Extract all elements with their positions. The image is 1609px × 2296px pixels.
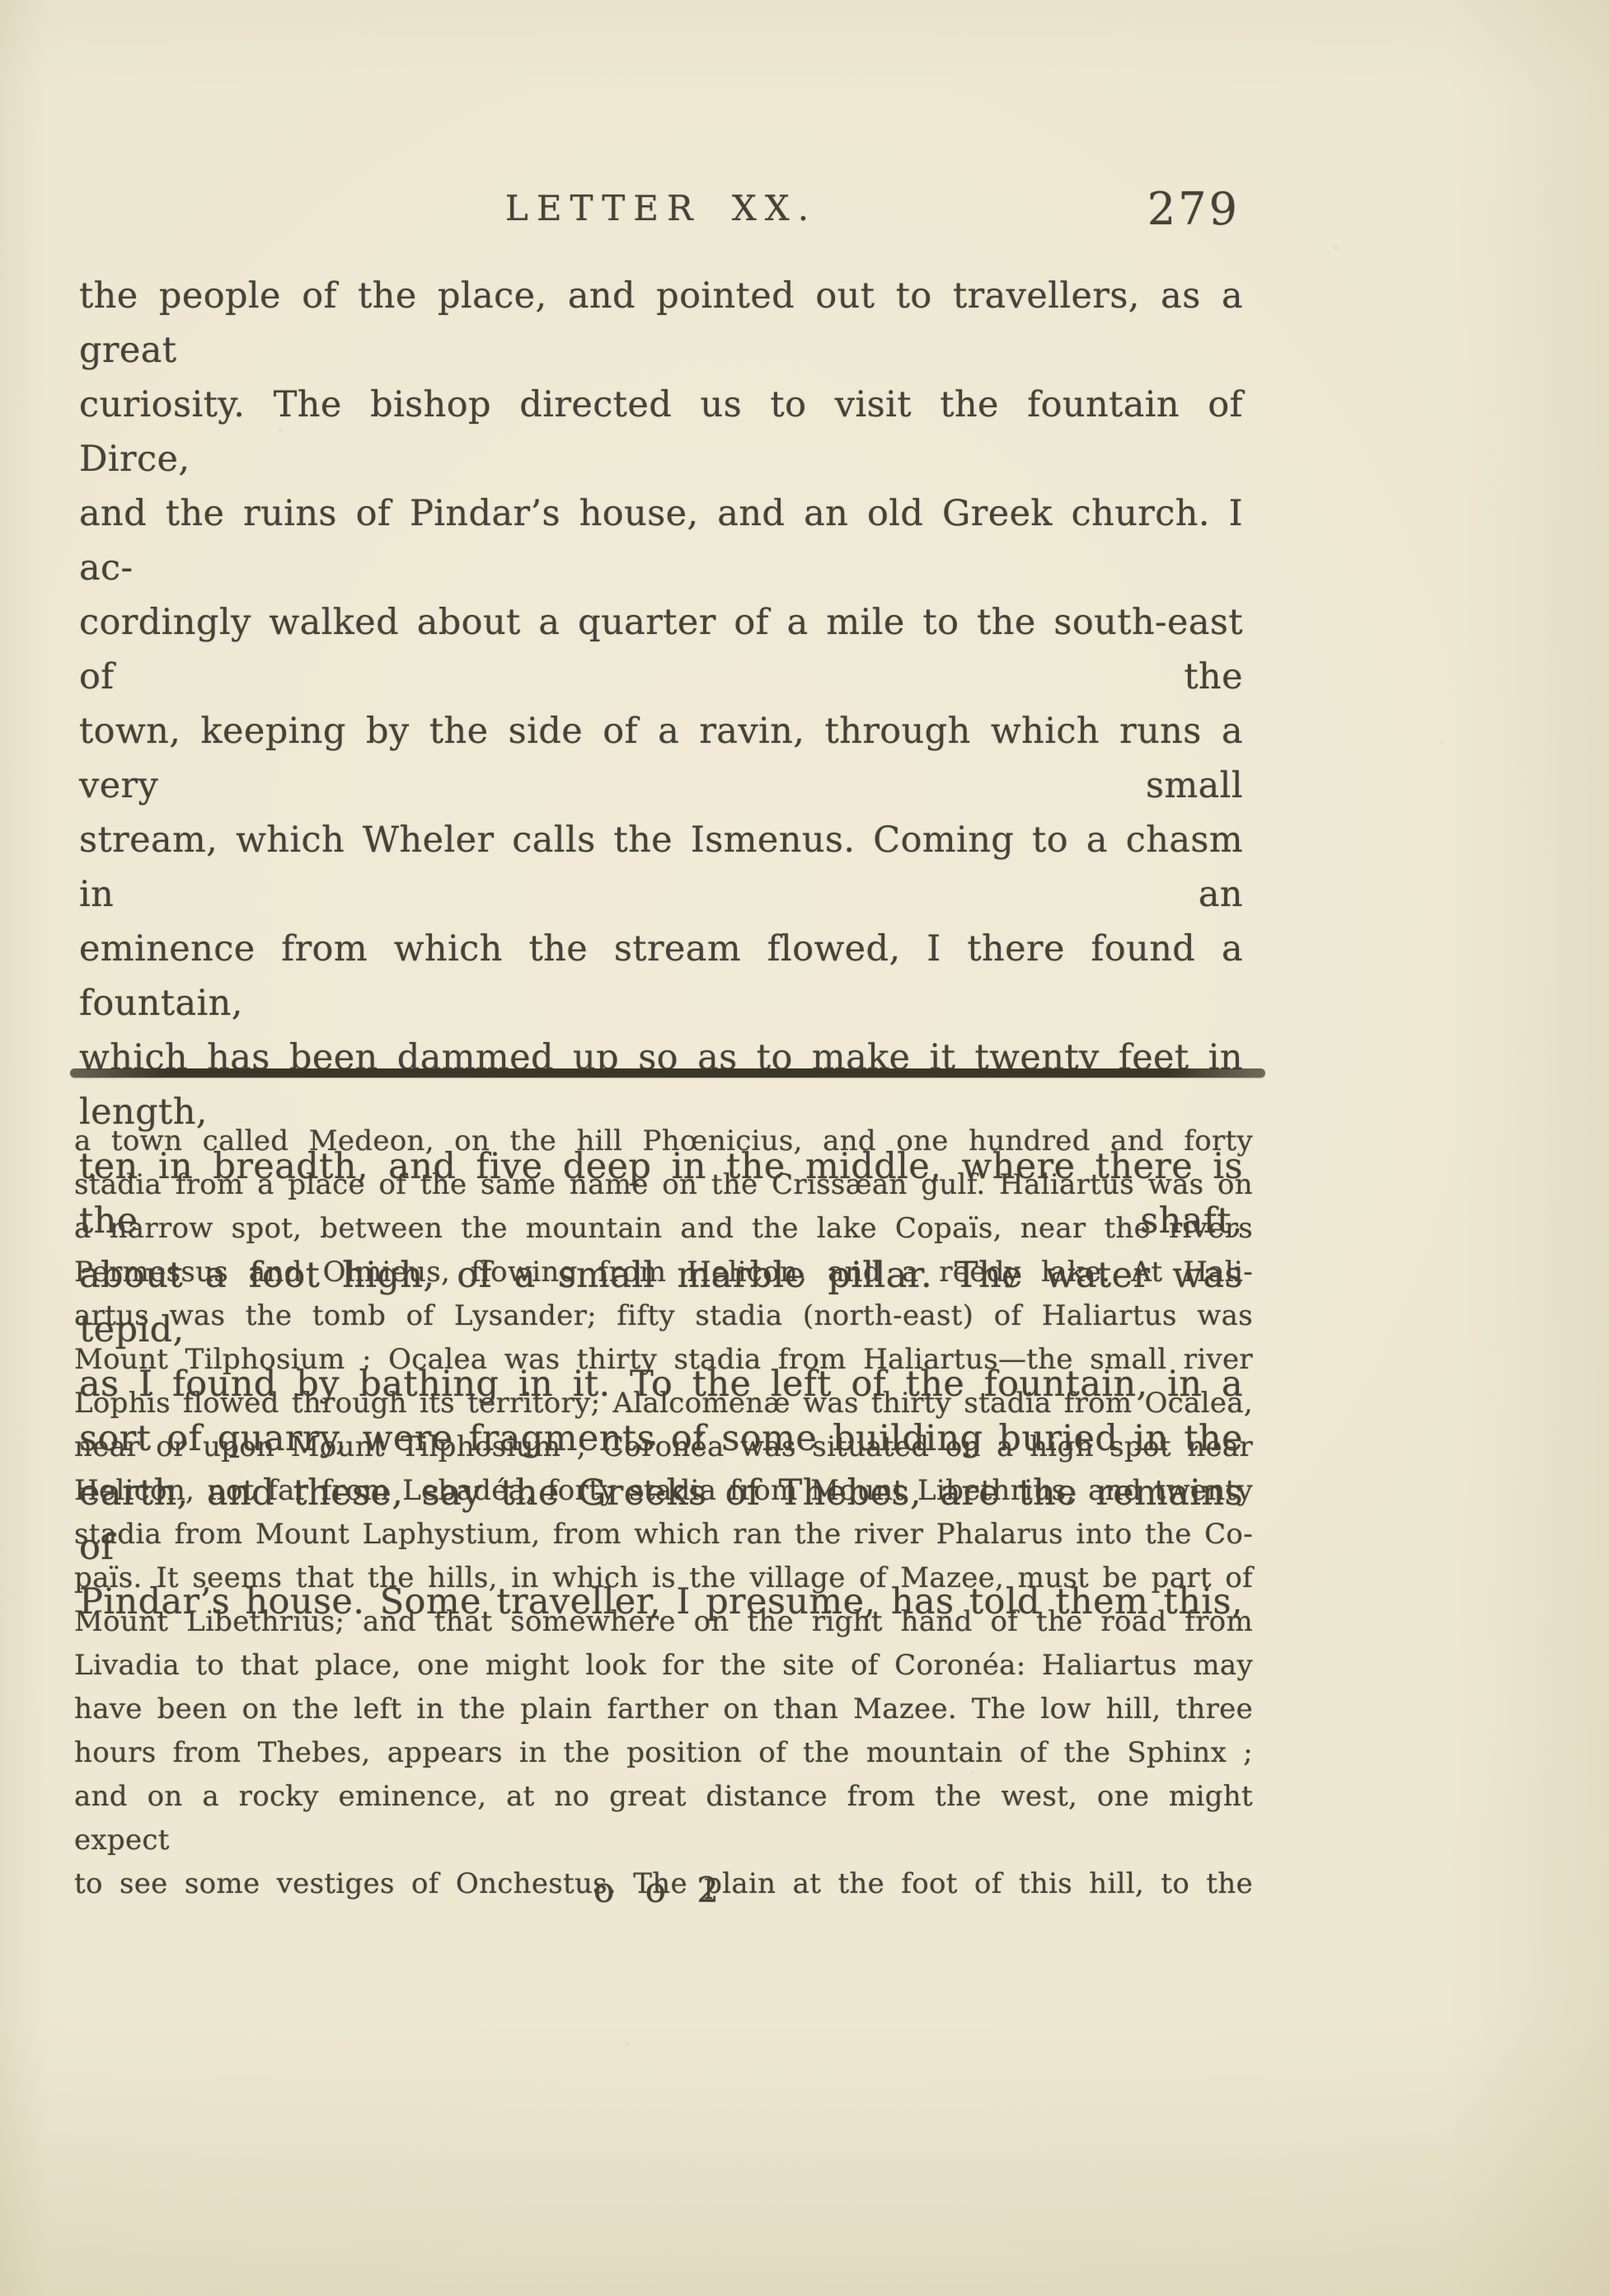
footnote-text-line: hours from Thebes, appears in the positi… [74,1731,1253,1775]
footnote-separator-rule [70,1068,1265,1078]
footnote-text-line: stadia from Mount Laphystium, from which… [74,1513,1253,1556]
body-text-line: cordingly walked about a quarter of a mi… [79,595,1243,704]
footnote-text-line: Mount Libethrius; and that somewhere on … [74,1600,1253,1644]
footnote-text-line: a narrow spot, between the mountain and … [74,1207,1253,1251]
footnote-text-line: Permessus and Olmieus, flowing from Heli… [74,1251,1253,1294]
body-text-line: curiosity. The bishop directed us to vis… [79,378,1243,486]
footnote-text-line: a town called Medeon, on the hill Phœnic… [74,1120,1253,1163]
footnote-text-line: near or upon Mount Tilphosium ; Coronéa … [74,1425,1253,1469]
footnote-text-line: Lophis flowed through its territory; Ala… [74,1382,1253,1425]
letter-title: LETTER XX. [79,188,1243,228]
page-number: 279 [1147,183,1240,235]
footnote-text-line: have been on the left in the plain farth… [74,1688,1253,1731]
running-head: LETTER XX. 279 [79,188,1243,246]
scanned-book-page: LETTER XX. 279 the people of the place, … [0,0,1609,2296]
body-text-line: town, keeping by the side of a ravin, th… [79,704,1243,813]
signature-mark: o o 2 [79,1870,1243,1910]
footnote-text-line: Helicon, not far from Lebadéa, forty sta… [74,1469,1253,1513]
footnote-text-line: Livadia to that place, one might look fo… [74,1644,1253,1688]
body-text-line: the people of the place, and pointed out… [79,269,1243,378]
body-text-line: eminence from which the stream flowed, I… [79,922,1243,1031]
footnote-text-line: Mount Tilphosium ; Ocalea was thirty sta… [74,1338,1253,1382]
footnote-text-line: artus was the tomb of Lysander; fifty st… [74,1294,1253,1338]
footnote-block: a town called Medeon, on the hill Phœnic… [74,1120,1253,1906]
footnote-text-line: païs. It seems that the hills, in which … [74,1556,1253,1600]
body-text-line: stream, which Wheler calls the Ismenus. … [79,813,1243,922]
footnote-text-line: stadia from a place of the same name on … [74,1163,1253,1207]
footnote-text-line: and on a rocky eminence, at no great dis… [74,1775,1253,1862]
body-text-line: and the ruins of Pindar’s house, and an … [79,486,1243,595]
